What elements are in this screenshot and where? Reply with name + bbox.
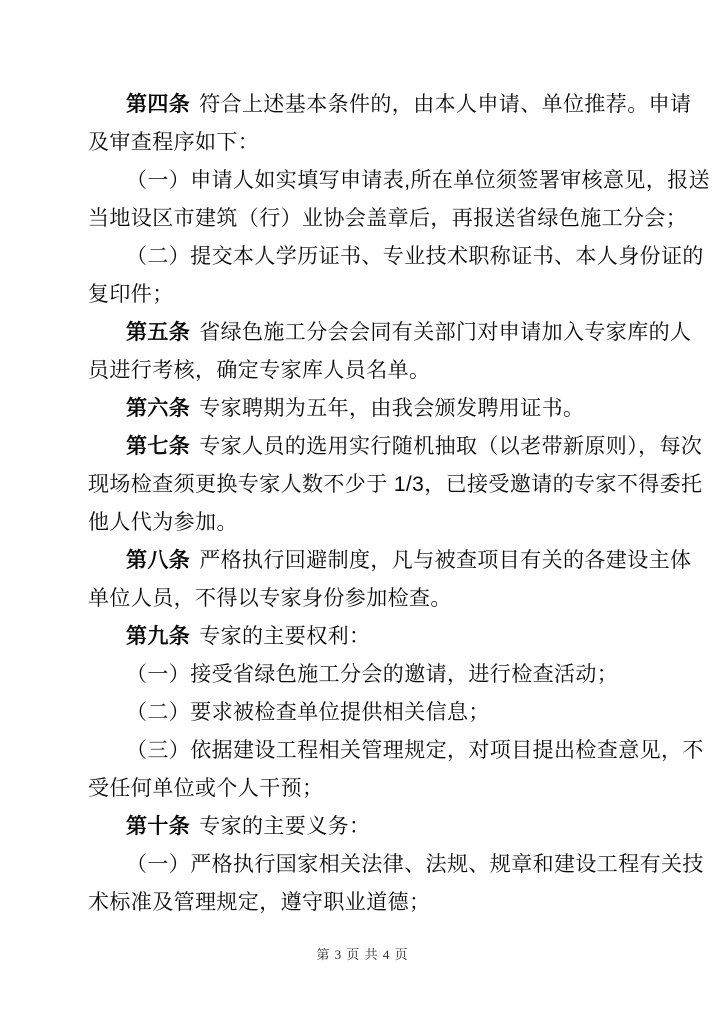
document-body: 第四条符合上述基本条件的，由本人申请、单位推荐。申请 及审查程序如下： （一）申… [88,86,663,922]
line-text: （一）接受省绿色施工分会的邀请，进行检查活动； [126,663,618,686]
line-text: （一）严格执行国家相关法律、法规、规章和建设工程有关技 [126,853,704,876]
paragraph-line: （一）严格执行国家相关法律、法规、规章和建设工程有关技 [88,846,663,884]
page-footer: 第 3 页 共 4 页 [0,944,725,963]
article-number: 第九条 [126,625,190,648]
paragraph-line: 员进行考核，确定专家库人员名单。 [88,352,663,390]
paragraph-line: 单位人员，不得以专家身份参加检查。 [88,580,663,618]
paragraph-line: 第六条专家聘期为五年，由我会颁发聘用证书。 [88,390,663,428]
paragraph-line: 第十条专家的主要义务： [88,808,663,846]
line-text: 专家聘期为五年，由我会颁发聘用证书。 [199,397,584,420]
article-number: 第四条 [126,93,190,116]
paragraph-line: 复印件； [88,276,663,314]
article-number: 第十条 [126,815,190,838]
line-text: （二）提交本人学历证书、专业技术职称证书、本人身份证的 [126,245,704,268]
paragraph-line: 现场检查须更换专家人数不少于 1/3，已接受邀请的专家不得委托 [88,466,663,504]
line-text: 受任何单位或个人干预； [88,777,323,800]
line-text: 他人代为参加。 [88,511,238,534]
line-text: 员进行考核，确定专家库人员名单。 [88,359,430,382]
line-text: 术标准及管理规定，遵守职业道德； [88,891,430,914]
paragraph-line: （一）申请人如实填写申请表,所在单位须签署审核意见，报送 [88,162,663,200]
paragraph-line: 第七条专家人员的选用实行随机抽取（以老带新原则），每次 [88,428,663,466]
line-text: 省绿色施工分会会同有关部门对申请加入专家库的人 [199,321,691,344]
paragraph-line: 第八条严格执行回避制度，凡与被查项目有关的各建设主体 [88,542,663,580]
paragraph-line: 第四条符合上述基本条件的，由本人申请、单位推荐。申请 [88,86,663,124]
paragraph-line: 当地设区市建筑（行）业协会盖章后，再报送省绿色施工分会； [88,200,663,238]
article-number: 第七条 [126,435,190,458]
article-number: 第八条 [126,549,190,572]
line-text: 专家人员的选用实行随机抽取（以老带新原则），每次 [199,435,702,458]
line-text: 严格执行回避制度，凡与被查项目有关的各建设主体 [199,549,691,572]
paragraph-line: 术标准及管理规定，遵守职业道德； [88,884,663,922]
paragraph-line: 及审查程序如下： [88,124,663,162]
line-text: 单位人员，不得以专家身份参加检查。 [88,587,452,610]
line-text: 现场检查须更换专家人数不少于 1/3，已接受邀请的专家不得委托 [88,473,702,496]
line-text: 及审查程序如下： [88,131,259,154]
paragraph-line: 受任何单位或个人干预； [88,770,663,808]
paragraph-line: 第五条省绿色施工分会会同有关部门对申请加入专家库的人 [88,314,663,352]
paragraph-line: 第九条专家的主要权利： [88,618,663,656]
article-number: 第六条 [126,397,190,420]
line-text: 当地设区市建筑（行）业协会盖章后，再报送省绿色施工分会； [88,207,687,230]
line-text: （一）申请人如实填写申请表,所在单位须签署审核意见，报送 [126,169,710,192]
paragraph-line: （一）接受省绿色施工分会的邀请，进行检查活动； [88,656,663,694]
paragraph-line: （三）依据建设工程相关管理规定，对项目提出检查意见，不 [88,732,663,770]
line-text: 复印件； [88,283,174,306]
line-text: 符合上述基本条件的，由本人申请、单位推荐。申请 [199,93,691,116]
paragraph-line: （二）提交本人学历证书、专业技术职称证书、本人身份证的 [88,238,663,276]
article-number: 第五条 [126,321,190,344]
line-text: （二）要求被检查单位提供相关信息； [126,701,490,724]
paragraph-line: 他人代为参加。 [88,504,663,542]
line-text: （三）依据建设工程相关管理规定，对项目提出检查意见，不 [126,739,704,762]
line-text: 专家的主要权利： [199,625,370,648]
paragraph-line: （二）要求被检查单位提供相关信息； [88,694,663,732]
line-text: 专家的主要义务： [199,815,370,838]
